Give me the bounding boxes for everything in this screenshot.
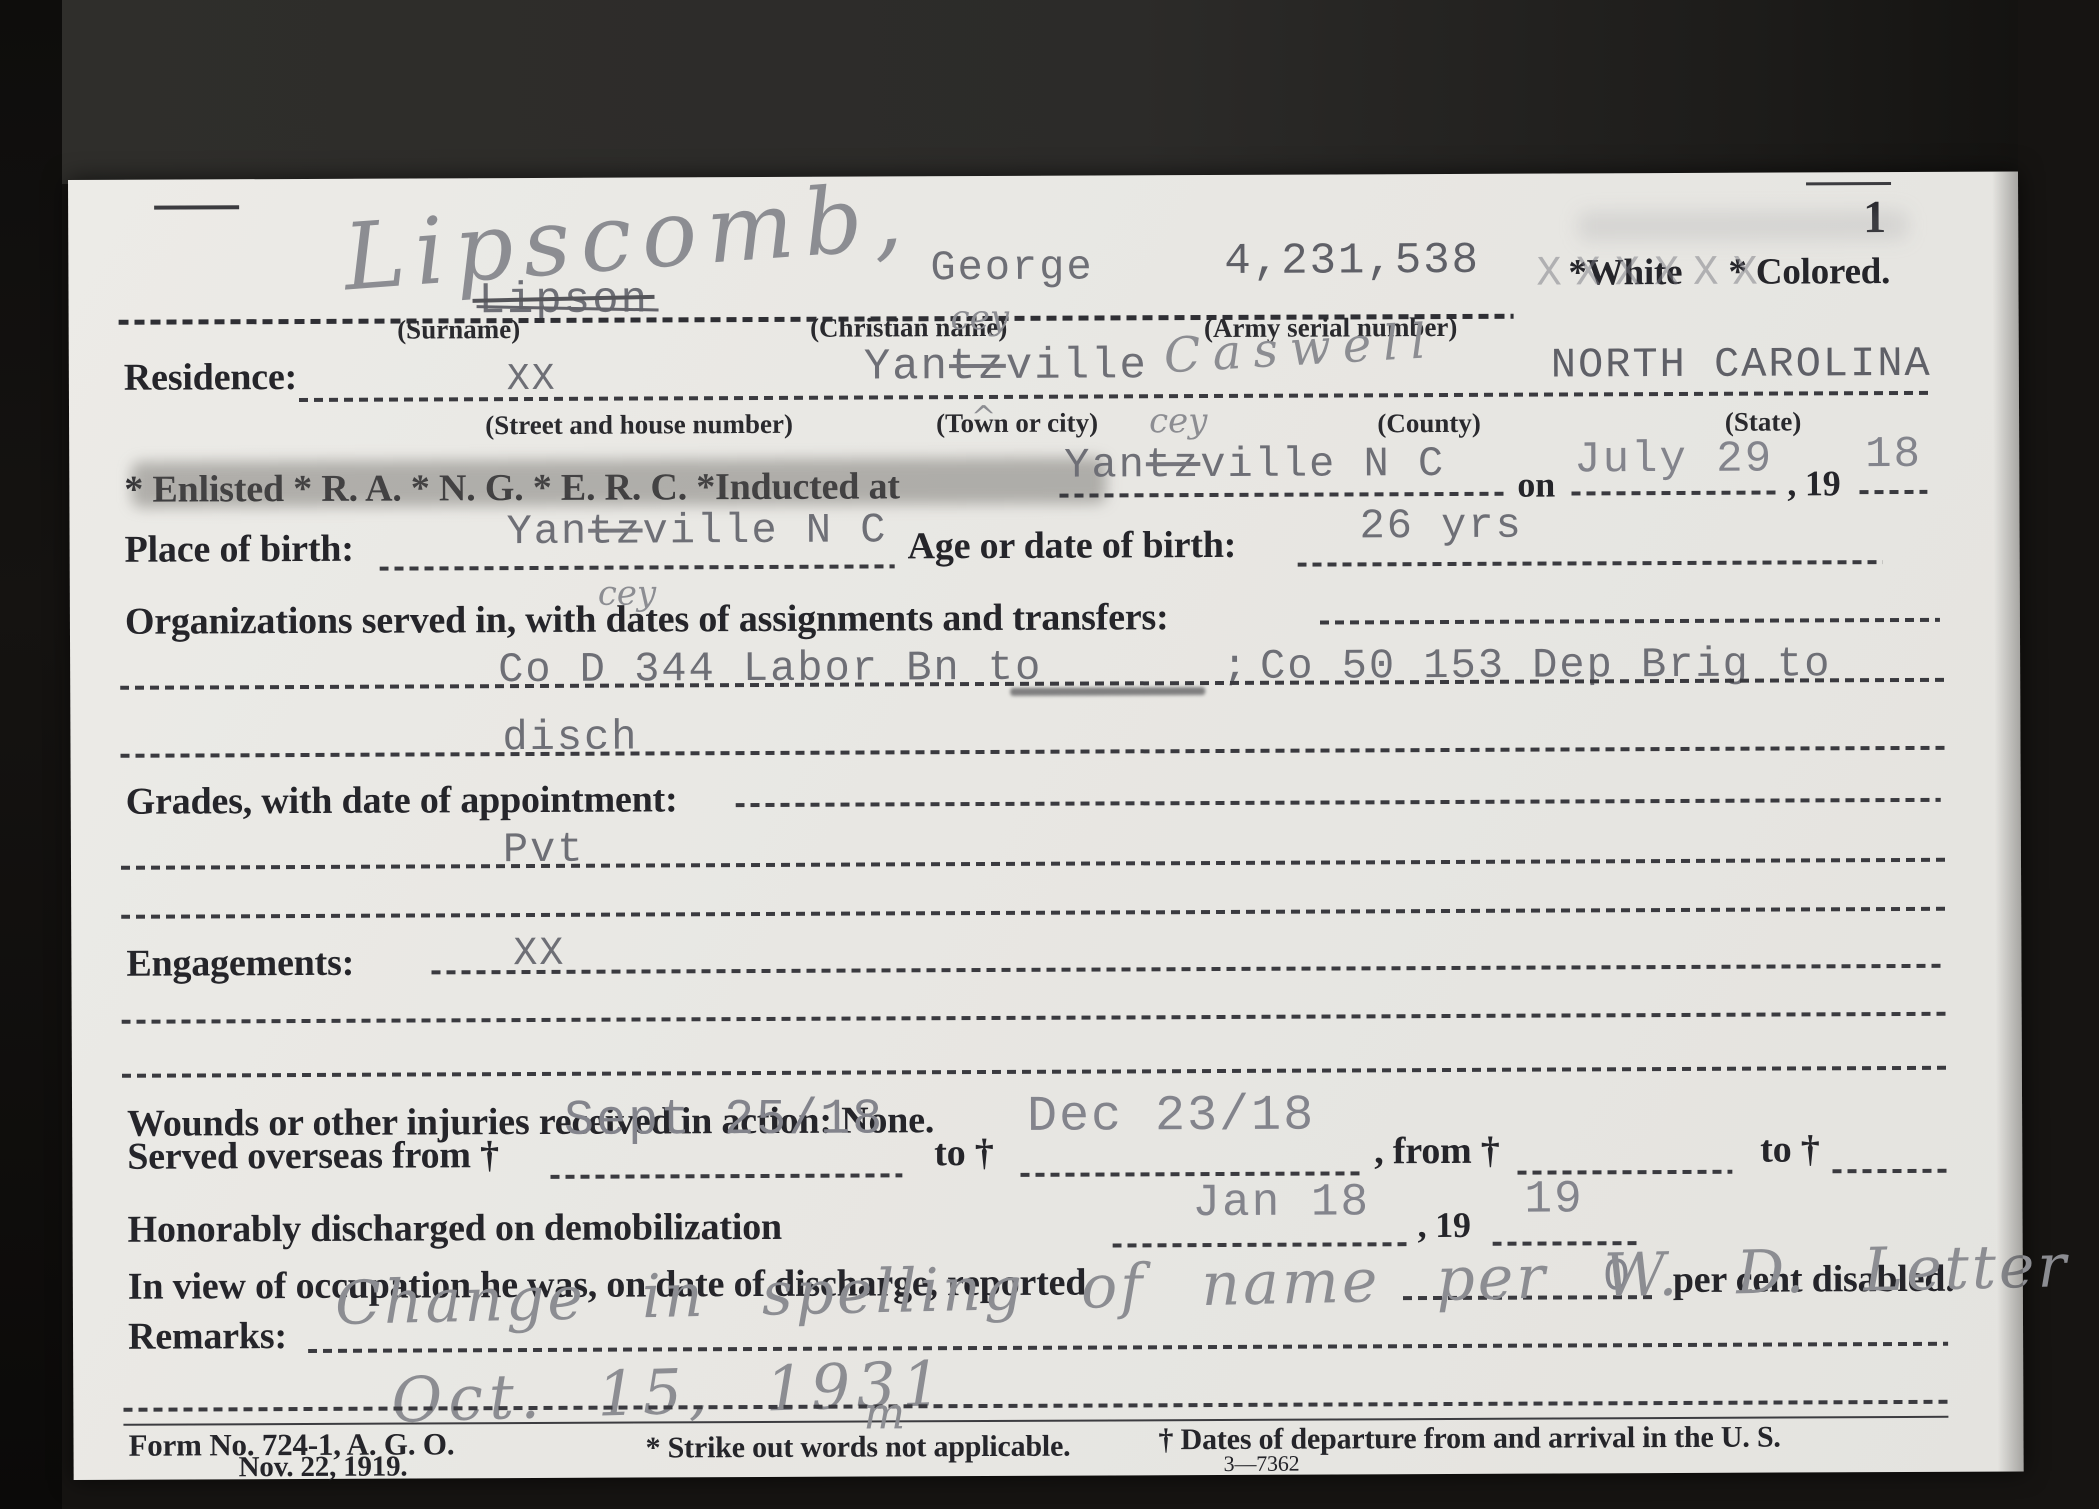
town-label: (Town or city) xyxy=(936,408,1098,440)
birth-struck-letters: tz xyxy=(588,507,643,555)
grades-line-2 xyxy=(121,907,1946,919)
birth-pre: Yan xyxy=(506,508,588,556)
engagements-line xyxy=(431,964,1946,975)
serial-number-value: 4,231,538 xyxy=(1224,236,1480,287)
corner-tick-mark xyxy=(154,205,239,209)
engagements-blank-line-1 xyxy=(122,1012,1947,1024)
race-white-overstrike: XXXXXX xyxy=(1536,249,1771,298)
organizations-label-line xyxy=(1320,618,1940,625)
grades-label-line xyxy=(736,798,1941,807)
age-line xyxy=(1298,560,1883,567)
induction-on-label: on xyxy=(1517,464,1555,506)
discharge-label: Honorably discharged on demobilization xyxy=(127,1205,781,1252)
age-value: 26 yrs xyxy=(1359,502,1522,551)
enlistment-strikeout-smudge xyxy=(131,457,1106,507)
overseas-to2-line xyxy=(1832,1169,1947,1174)
overseas-from2-label: , from † xyxy=(1374,1129,1500,1174)
induction-date-value: July 29 xyxy=(1574,435,1773,486)
induction-place-correction: cey xyxy=(1149,401,1208,441)
page-number-overline xyxy=(1806,182,1891,185)
street-label: (Street and house number) xyxy=(485,409,793,441)
induction-place-value: Yantzville N C xyxy=(1064,440,1445,490)
place-struck-letters: tz xyxy=(1146,441,1201,489)
induction-place-line xyxy=(1059,492,1504,498)
scan-backdrop xyxy=(62,0,2018,184)
induction-date-line xyxy=(1571,491,1776,496)
induction-year-line xyxy=(1859,490,1927,494)
grades-label: Grades, with date of appointment: xyxy=(126,777,678,823)
residence-street-value: XX xyxy=(507,358,557,401)
overseas-from-line xyxy=(550,1173,902,1179)
discharge-year-printed: , 19 xyxy=(1417,1204,1470,1246)
birth-place-label: Place of birth: xyxy=(125,527,354,572)
age-label: Age or date of birth: xyxy=(908,523,1237,568)
organizations-line-2 xyxy=(121,746,1946,758)
grades-line-1 xyxy=(121,858,1946,870)
town-post: ville xyxy=(1006,341,1148,392)
town-pre: Yan xyxy=(864,342,949,392)
overseas-label: Served overseas from † xyxy=(127,1133,499,1179)
residence-state-value: NORTH CAROLINA xyxy=(1551,340,1932,390)
overseas-to-date: Dec 23/18 xyxy=(1027,1088,1315,1146)
birth-place-line xyxy=(380,564,895,570)
remarks-line-1-rule xyxy=(308,1342,1948,1353)
footer-form-date: Nov. 22, 1919. xyxy=(239,1451,408,1485)
discharge-date-value: Jan 18 xyxy=(1192,1176,1370,1229)
surname-label: (Surname) xyxy=(397,314,520,346)
engagements-blank-line-2 xyxy=(122,1066,1947,1078)
footer-print-code: 3—7362 xyxy=(1224,1451,1300,1477)
place-pre: Yan xyxy=(1064,441,1146,489)
stamp-remnant xyxy=(1578,210,1908,241)
residence-town-correction: cey xyxy=(951,298,1010,338)
birth-place-value: Yantzville N C xyxy=(506,506,887,556)
service-record-card: 1 Lipscomb, Lipson George 4,231,538 XXXX… xyxy=(68,171,2024,1479)
birth-post: ville N C xyxy=(642,506,887,555)
induction-year-typed: 18 xyxy=(1865,430,1922,480)
scan-left-border xyxy=(0,0,62,1509)
state-label: (State) xyxy=(1725,406,1802,437)
residence-town-value: Yantzville xyxy=(864,341,1148,392)
induction-year-printed: , 19 xyxy=(1787,462,1840,504)
organizations-label: Organizations served in, with dates of a… xyxy=(125,595,1169,644)
overseas-to2-label: to † xyxy=(1760,1127,1820,1171)
town-struck-letters: tz xyxy=(949,342,1006,392)
county-label: (County) xyxy=(1377,408,1481,439)
residence-label: Residence: xyxy=(124,355,297,400)
overseas-from-date: Sept 25/18 xyxy=(564,1091,884,1149)
scanned-service-record: 1 Lipscomb, Lipson George 4,231,538 XXXX… xyxy=(0,0,2099,1509)
organizations-strike-smear xyxy=(1010,687,1205,696)
remarks-label: Remarks: xyxy=(128,1314,287,1359)
discharge-year-typed: 19 xyxy=(1524,1173,1583,1225)
engagements-label: Engagements: xyxy=(126,941,354,986)
footer-note-asterisk: * Strike out words not applicable. xyxy=(645,1430,1070,1466)
place-post: ville N C xyxy=(1200,440,1445,489)
overseas-to-label: to † xyxy=(934,1131,994,1175)
christian-name-value: George xyxy=(930,244,1093,293)
